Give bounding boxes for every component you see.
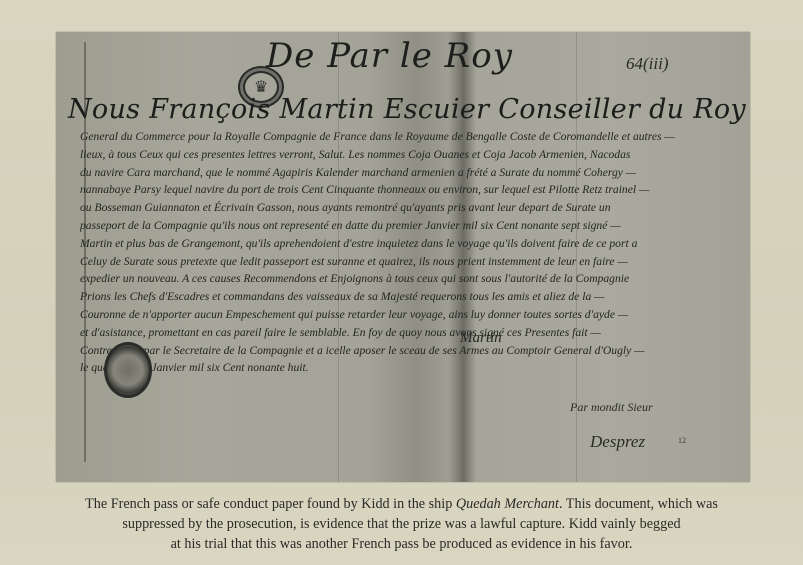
wax-seal-icon <box>104 342 152 398</box>
caption-text: The French pass or safe conduct paper fo… <box>85 496 456 512</box>
body-line: Couronne de n'apporter aucun Empeschemen… <box>80 306 740 324</box>
countersign-name: Desprez <box>590 432 645 452</box>
body-line: passeport de la Compagnie qu'ils nous on… <box>80 217 740 235</box>
body-line: Contresigner par le Secretaire de la Com… <box>80 342 740 360</box>
body-line: Celuy de Surate sous pretexte que ledit … <box>80 253 740 271</box>
body-line: ou Bosseman Guiannaton et Écrivain Gasso… <box>80 199 740 217</box>
document-heading: De Par le Roy <box>266 36 513 76</box>
book-plate: De Par le Roy 64(iii) ♛ Nous François Ma… <box>0 0 803 565</box>
body-line: nannabaye Parsy lequel navire du port de… <box>80 181 740 199</box>
signature-martin: Martin <box>460 330 502 347</box>
margin-mark: 12 <box>678 436 686 445</box>
caption-text: . This document, which was <box>559 496 718 512</box>
figure-caption: The French pass or safe conduct paper fo… <box>0 494 803 554</box>
body-line: lieux, à tous Ceux qui ces presentes let… <box>80 146 740 164</box>
body-line: Martin et plus bas de Grangemont, qu'ils… <box>80 235 740 253</box>
caption-line-2: suppressed by the prosecution, is eviden… <box>0 514 803 534</box>
document-photograph: De Par le Roy 64(iii) ♛ Nous François Ma… <box>56 32 750 482</box>
body-line: et d'asistance, promettant en cas pareil… <box>80 324 740 342</box>
body-line: du navire Cara marchand, que le nommé Ag… <box>80 164 740 182</box>
caption-line-1: The French pass or safe conduct paper fo… <box>0 494 803 514</box>
caption-line-3: at his trial that this was another Frenc… <box>0 534 803 554</box>
body-line: Prions les Chefs d'Escadres et commandan… <box>80 288 740 306</box>
ship-name: Quedah Merchant <box>456 496 559 512</box>
body-line: General du Commerce pour la Royalle Comp… <box>80 128 740 146</box>
folio-number: 64(iii) <box>626 54 669 74</box>
opening-line: Nous François Martin Escuier Conseiller … <box>68 94 750 125</box>
body-line: expedier un nouveau. A ces causes Recomm… <box>80 270 740 288</box>
document-body: General du Commerce pour la Royalle Comp… <box>80 128 740 377</box>
body-line: le quatorzieme Janvier mil six Cent nona… <box>80 359 740 377</box>
countersign-line: Par mondit Sieur <box>570 400 653 415</box>
